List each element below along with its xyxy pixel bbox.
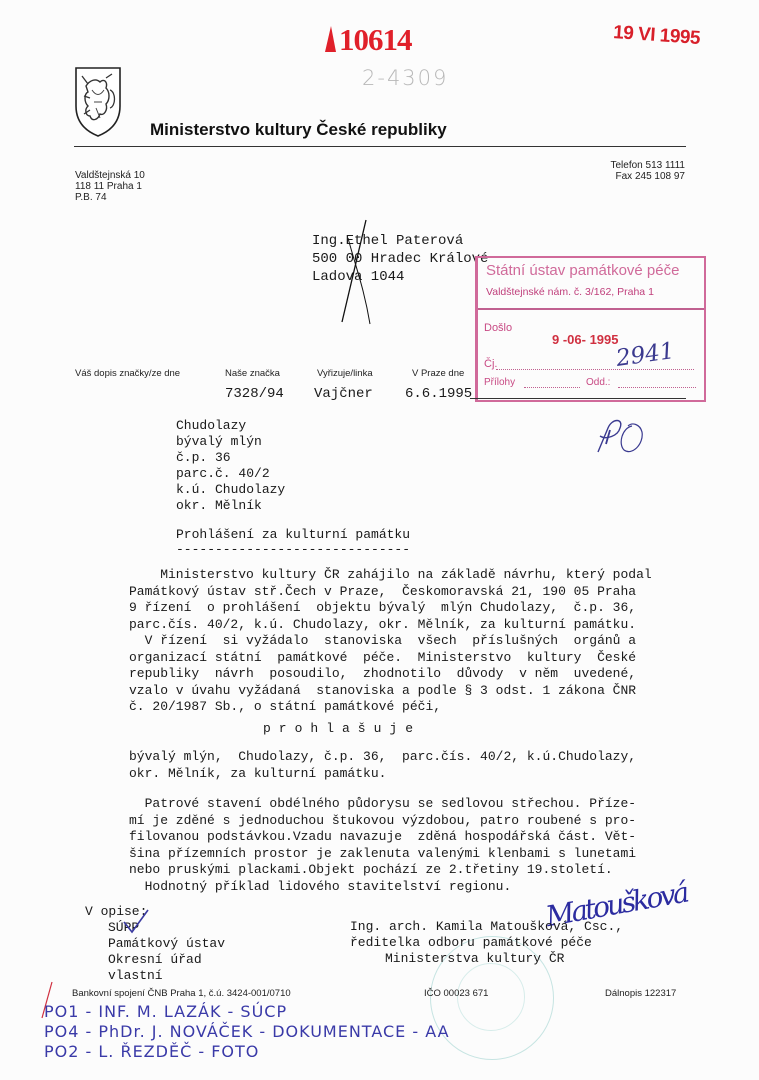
stamp-dept-line (618, 379, 696, 388)
paragraph-declared-object: bývalý mlýn, Chudolazy, č.p. 36, parc.čí… (129, 749, 689, 782)
received-date-stamp: 19 VI 1995 (612, 22, 700, 50)
ref-label-handled-by: Vyřizuje/linka (317, 368, 373, 379)
ref-label-your-letter: Váš dopis značky/ze dne (75, 368, 180, 379)
handwritten-routing-notes: PO1 - INF. M. LAZÁK - SÚCP PO4 - PhDr. J… (44, 1002, 450, 1062)
stamp-attachments-label: Přílohy (484, 377, 515, 388)
paragraph-procedure: Ministerstvo kultury ČR zahájilo na zákl… (129, 567, 689, 716)
document-title: Prohlášení za kulturní památku (176, 527, 410, 542)
stamp-dept-label: Odd.: (586, 377, 610, 388)
signatory-block: Ing. arch. Kamila Matoušková, Csc., ředi… (350, 919, 623, 967)
ref-label-date: V Praze dne (412, 368, 464, 379)
header-divider (74, 146, 686, 147)
ref-value-date: 6.6.1995 (405, 386, 472, 402)
handwritten-cross-mark (338, 218, 378, 328)
ministry-title: Ministerstvo kultury České republiky (150, 120, 447, 140)
footer-telex: Dálnopis 122317 (605, 988, 676, 999)
stamp-received-date: 9 -06- 1995 (552, 332, 619, 347)
ref-value-our-ref: 7328/94 (225, 386, 284, 402)
ref-label-our-ref: Naše značka (225, 368, 280, 379)
po-handwritten-mark (588, 410, 648, 456)
checkmark-icon (120, 908, 150, 934)
coat-of-arms-icon (74, 66, 122, 138)
spp-received-stamp: Státní ústav památkové péče Valdštejnské… (475, 256, 706, 402)
ministry-contact: Telefon 513 1111 Fax 245 108 97 (610, 160, 685, 182)
registry-number-stamp: 10614 (325, 22, 412, 58)
stamp-address: Valdštejnské nám. č. 3/162, Praha 1 (486, 286, 654, 298)
stamp-attachments-line (524, 379, 580, 388)
declaration-word: prohlašuje (263, 721, 421, 736)
stamp-title: Státní ústav památkové péče (486, 262, 679, 279)
footer-bank: Bankovní spojení ČNB Praha 1, č.ú. 3424-… (72, 988, 291, 999)
title-underline: ------------------------------ (176, 542, 410, 557)
footer-ico: IČO 00023 671 (424, 988, 488, 999)
stamp-triangle-mark (325, 26, 336, 52)
stamp-divider (478, 308, 704, 310)
pencil-reference: 2-4309 (362, 66, 448, 90)
reference-divider (470, 398, 686, 399)
ref-value-handled-by: Vajčner (314, 386, 373, 402)
copies-list: V opise: SÚPP Památkový ústav Okresní úř… (85, 904, 225, 984)
paragraph-description: Patrové stavení obdélného půdorysu se se… (129, 796, 689, 895)
subject-block: Chudolazy bývalý mlýn č.p. 36 parc.č. 40… (176, 418, 285, 514)
ministry-address: Valdštejnská 10 118 11 Praha 1 P.B. 74 (75, 170, 145, 203)
stamp-received-label: Došlo (484, 322, 512, 334)
